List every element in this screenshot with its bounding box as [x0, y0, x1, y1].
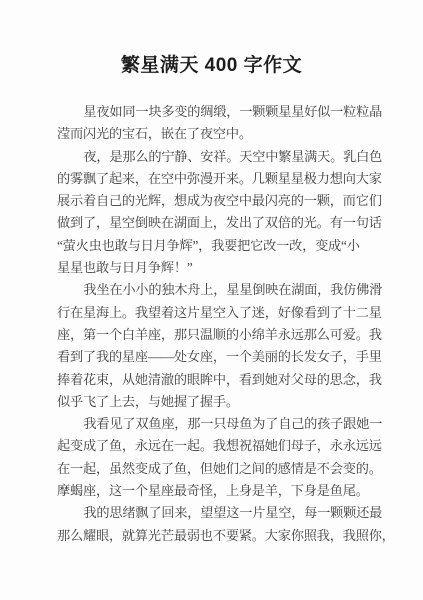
essay-line: 起变成了鱼，永远在一起。我想祝福她们母子，永永远远 [57, 435, 373, 457]
essay-line: 滢而闪光的宝石，嵌在了夜空中。 [57, 123, 373, 145]
essay-line: 我坐在小小的独木舟上，星星倒映在湖面，我仿佛滑 [57, 279, 373, 301]
document-page: 繁星满天 400 字作文 星夜如同一块多变的绸缎，一颗颗星星好似一粒粒晶 滢而闪… [0, 0, 423, 600]
essay-line: 看到了我的星座——处女座，一个美丽的长发女子，手里 [57, 346, 373, 368]
essay-line: 展示着自己的光辉，想成为夜空中最闪亮的一颗，而它们 [57, 190, 373, 212]
essay-line: 摩蝎座，这一个星座最奇怪，上身是羊，下身是鱼尾。 [57, 480, 373, 502]
essay-line: 在一起，虽然变成了鱼，但她们之间的感情是不会变的。 [57, 458, 373, 480]
essay-line: 座，第一个白羊座，那只温顺的小绵羊永远那么可爱。我 [57, 324, 373, 346]
essay-line: 星夜如同一块多变的绸缎，一颗颗星星好似一粒粒晶 [57, 101, 373, 123]
essay-line: 星星也敢与日月争辉！” [57, 257, 373, 279]
essay-line: 夜，是那么的宁静、安祥。天空中繁星满天。乳白色 [57, 146, 373, 168]
essay-line: “萤火虫也敢与日月争辉”，我要把它改一改，变成“小 [57, 235, 373, 257]
essay-body: 星夜如同一块多变的绸缎，一颗颗星星好似一粒粒晶 滢而闪光的宝石，嵌在了夜空中。 … [57, 101, 373, 547]
essay-line: 的雾飘了起来，在空中弥漫开来。几颗星星极力想向大家 [57, 168, 373, 190]
essay-line: 行在星海上。我望着这片星空入了迷，好像看到了十二星 [57, 302, 373, 324]
essay-title: 繁星满天 400 字作文 [0, 50, 423, 77]
essay-line: 我的思绪飘了回来，望望这一片星空，每一颗颗还最 [57, 502, 373, 524]
essay-line: 捧着花束，从她清澈的眼眸中，看到她对父母的思念，我 [57, 369, 373, 391]
essay-line: 似乎飞了上去，与她握了握手。 [57, 391, 373, 413]
essay-line: 我看见了双鱼座，那一只母鱼为了自己的孩子跟她一 [57, 413, 373, 435]
essay-line: 那么耀眼，就算光芒最弱也不要紧。大家你照我，我照你， [57, 525, 373, 547]
essay-line: 做到了，星空倒映在湖面上，发出了双倍的光。有一句话 [57, 212, 373, 234]
